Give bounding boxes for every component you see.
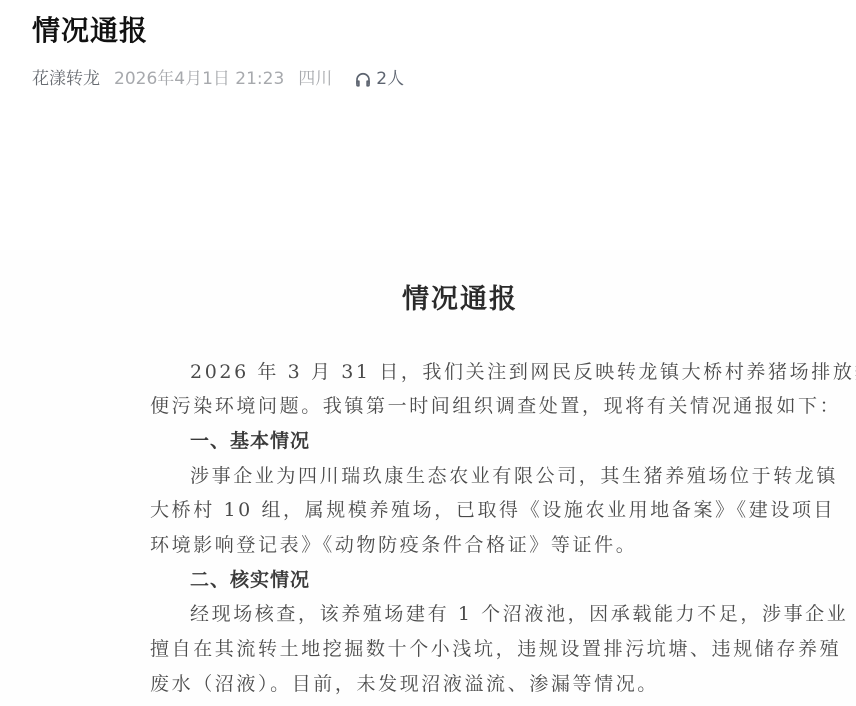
doc-section-line: 环境影响登记表》《动物防疫条件合格证》等证件。	[150, 530, 810, 560]
doc-section-heading: 二、核实情况	[190, 565, 310, 595]
doc-section-heading: 一、基本情况	[190, 426, 310, 456]
document-title: 情况通报	[0, 280, 856, 320]
location: 四川	[298, 66, 332, 92]
doc-section-line: 废水（沼液）。目前，未发现沼液溢流、渗漏等情况。	[150, 669, 810, 699]
document-image[interactable]: 情况通报 2026 年 3 月 31 日，我们关注到网民反映转龙镇大桥村养猪场排…	[0, 250, 856, 706]
post-meta: 花漾转龙 2026年4月1日 21:23 四川 2人	[32, 66, 404, 92]
doc-intro-line: 2026 年 3 月 31 日，我们关注到网民反映转龙镇大桥村养猪场排放粪	[150, 357, 810, 387]
doc-section-line: 大桥村 10 组，属规模养殖场，已取得《设施农业用地备案》《建设项目	[150, 495, 810, 525]
listener-count: 2人	[376, 66, 404, 92]
headphones-icon	[354, 70, 372, 88]
doc-section-line: 经现场核查，该养殖场建有 1 个沼液池，因承载能力不足，涉事企业	[150, 599, 810, 629]
doc-section-line: 擅自在其流转土地挖掘数十个小浅坑，违规设置排污坑塘、违规储存养殖	[150, 634, 810, 664]
author-name[interactable]: 花漾转龙	[32, 66, 100, 92]
post-title: 情况通报	[32, 12, 148, 50]
doc-intro-line: 便污染环境问题。我镇第一时间组织调查处置，现将有关情况通报如下：	[150, 391, 810, 421]
listen-button[interactable]: 2人	[354, 66, 404, 92]
publish-time: 2026年4月1日 21:23	[114, 66, 284, 92]
doc-section-line: 涉事企业为四川瑞玖康生态农业有限公司，其生猪养殖场位于转龙镇	[150, 461, 810, 491]
